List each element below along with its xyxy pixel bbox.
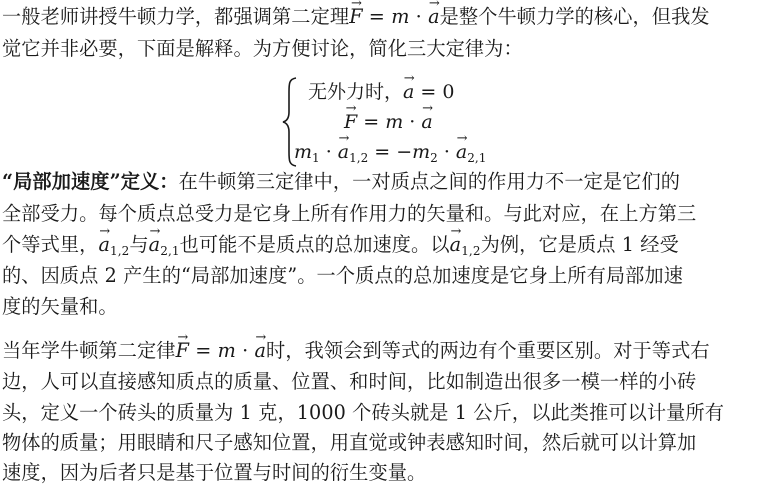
equals-sign: =	[368, 141, 396, 163]
vector-a: a	[421, 110, 432, 134]
text: 也可能不是质点的总加速度。以	[180, 233, 450, 256]
mass-symbol: m	[294, 141, 312, 163]
vector-a: a	[403, 80, 414, 104]
mass-symbol: m	[218, 339, 236, 362]
equation-third-law: m1 · a1,2 = −m2 · a2,1	[294, 140, 486, 170]
text: 与	[129, 233, 148, 256]
paragraph-3-line-1: 当年学牛顿第二定律F = m · a时，我领会到等式的两边有个重要区别。对于等式…	[2, 338, 710, 364]
text: 一般老师讲授牛顿力学，都强调第二定理	[2, 5, 349, 28]
dot-operator: ·	[320, 141, 338, 163]
equation-system: 无外力时，a = 0 F = m · a m1 · a1,2 = −m2 · a…	[282, 76, 482, 168]
dot-operator: ·	[403, 111, 421, 133]
paragraph-1-line-2: 觉它并非必要，下面是解释。为方便讨论，简化三大定律为：	[2, 36, 523, 62]
vector-a: a	[255, 338, 267, 364]
equals-sign: =	[357, 111, 385, 133]
subscript: 2,1	[160, 244, 179, 258]
dot-operator: ·	[438, 141, 456, 163]
dot-operator: ·	[236, 339, 255, 362]
vector-a: a	[450, 232, 462, 258]
equals-sign: =	[189, 339, 218, 362]
paragraph-3-line-4: 物体的质量；用眼睛和尺子感知位置，用直觉或钟表感知时间，然后就可以计算加	[2, 430, 696, 456]
paragraph-3-line-3: 头，定义一个砖头的质量为 1 克，1000 个砖头就是 1 公斤，以此类推可以计…	[2, 400, 724, 426]
equals-sign: =	[363, 5, 392, 28]
definition-term: “局部加速度”定义：	[2, 170, 179, 193]
paragraph-2-line-4: 的、因质点 2 产生的“局部加速度”。一个质点的总加速度是它身上所有局部加速	[2, 263, 683, 289]
subscript: 2,1	[467, 151, 486, 165]
text: 为例，它是质点 1 经受	[481, 233, 679, 256]
vector-a: a	[338, 140, 349, 164]
text: 当年学牛顿第二定律	[2, 339, 176, 362]
subscript: 1,2	[349, 151, 368, 165]
paragraph-2-line-3: 个等式里，a1,2与a2,1也可能不是质点的总加速度。以a1,2为例，它是质点 …	[2, 232, 679, 264]
vector-a: a	[456, 140, 467, 164]
mass-symbol: m	[385, 111, 403, 133]
subscript: 1,2	[461, 244, 480, 258]
text: 时，我领会到等式的两边有个重要区别。对于等式右	[266, 339, 710, 362]
text: 在牛顿第三定律中，一对质点之间的作用力不一定是它们的	[179, 170, 680, 193]
subscript: 2	[430, 151, 438, 165]
mass-symbol: m	[391, 5, 409, 28]
text: 是整个牛顿力学的核心，但我发	[440, 5, 710, 28]
vector-a: a	[98, 232, 110, 258]
dot-operator: ·	[409, 5, 428, 28]
text: 个等式里，	[2, 233, 98, 256]
vector-F: F	[176, 338, 189, 364]
equation-second-law: F = m · a	[344, 110, 433, 134]
vector-F: F	[349, 4, 362, 30]
paragraph-2-line-1: “局部加速度”定义：在牛顿第三定律中，一对质点之间的作用力不一定是它们的	[2, 169, 680, 195]
zero: 0	[442, 81, 454, 103]
vector-a: a	[149, 232, 161, 258]
paragraph-3-line-2: 边，人可以直接感知质点的质量、位置、和时间，比如制造出很多一模一样的小砖	[2, 369, 696, 395]
paragraph-1-line-1: 一般老师讲授牛顿力学，都强调第二定理F = m · a是整个牛顿力学的核心，但我…	[2, 4, 710, 30]
subscript: 1,2	[110, 244, 129, 258]
formula-newton-second-law: F = m · a	[349, 5, 439, 28]
vector-a: a	[428, 4, 440, 30]
paragraph-2-line-5: 度的矢量和。	[2, 294, 118, 320]
paragraph-3-line-5: 速度，因为后者只是基于位置与时间的衍生变量。	[2, 460, 426, 486]
formula-newton-second-law: F = m · a	[176, 339, 266, 362]
negative-mass-symbol: −m	[396, 141, 430, 163]
subscript: 1	[312, 151, 320, 165]
